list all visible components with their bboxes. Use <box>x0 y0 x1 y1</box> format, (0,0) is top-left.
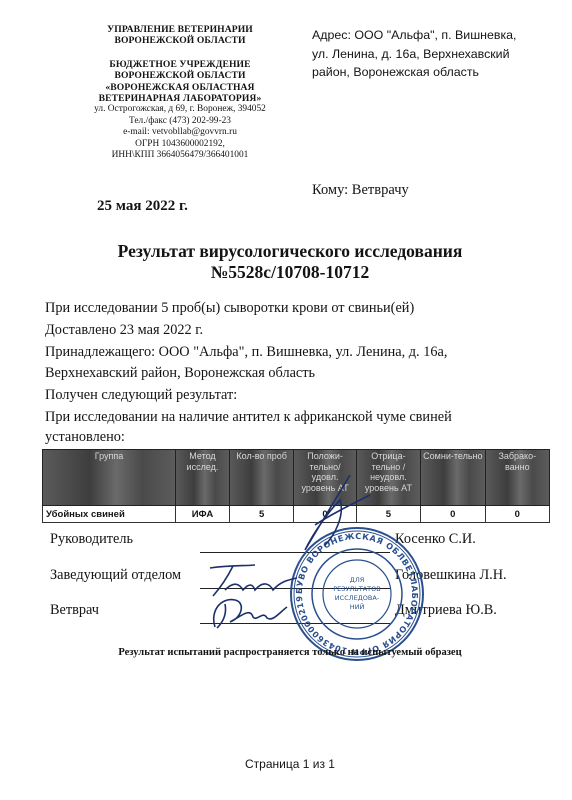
svg-text:ДЛЯ: ДЛЯ <box>350 576 364 584</box>
disclaimer-text: Результат испытаний распространяется тол… <box>40 647 540 658</box>
address-line1: Адрес: ООО "Альфа", п. Вишневка, <box>312 26 567 45</box>
finding-text: При исследовании на наличие антител к аф… <box>45 407 555 447</box>
cell-method: ИФА <box>175 506 229 523</box>
cell-negative: 5 <box>356 506 420 523</box>
stamp-seal-icon: БУВО ВОРОНЕЖСКАЯ ОБЛВЕТЛАБОРАТОРИЯ ОГРН … <box>287 524 427 664</box>
recipient-to: Кому: Ветврачу <box>312 182 409 199</box>
svg-text:ИССЛЕДОВА-: ИССЛЕДОВА- <box>335 594 380 602</box>
cell-doubtful: 0 <box>421 506 485 523</box>
header-negative: Отрица-тельно / неудовл. уровень АТ <box>356 450 420 506</box>
result-intro: Получен следующий результат: <box>45 385 555 405</box>
address-line3: район, Воронежская область <box>312 63 567 82</box>
header-method: Метод исслед. <box>175 450 229 506</box>
cell-sample-count: 5 <box>229 506 293 523</box>
institution-name-line4: ВЕТЕРИНАРНАЯ ЛАБОРАТОРИЯ» <box>62 93 298 104</box>
header-group: Группа <box>43 450 176 506</box>
institution-phone: Тел./факс (473) 202-99-23 <box>62 116 298 127</box>
finding-line1: При исследовании на наличие антител к аф… <box>45 407 555 427</box>
document-title: Результат вирусологического исследования… <box>40 241 540 283</box>
header-rejected: Забрако-ванно <box>485 450 549 506</box>
results-table: Группа Метод исслед. Кол-во проб Положи-… <box>42 449 550 523</box>
document-body: При исследовании 5 проб(ы) сыворотки кро… <box>45 298 555 447</box>
table-row: Убойных свиней ИФА 5 0 5 0 0 <box>43 506 550 523</box>
owner-line1: Принадлежащего: ООО "Альфа", п. Вишневка… <box>45 342 555 362</box>
header-positive: Положи-тельно/ удовл. уровень АТ <box>294 450 356 506</box>
cell-rejected: 0 <box>485 506 549 523</box>
institution-inn-kpp: ИНН\КПП 3664056479/366401001 <box>62 150 298 161</box>
cell-group: Убойных свиней <box>43 506 176 523</box>
svg-text:НИЙ: НИЙ <box>350 602 365 611</box>
letterhead: УПРАВЛЕНИЕ ВЕТЕРИНАРИИ ВОРОНЕЖСКОЙ ОБЛАС… <box>62 24 298 161</box>
institution-name-line2: ВОРОНЕЖСКОЙ ОБЛАСТИ <box>62 70 298 81</box>
institution-ogrn: ОГРН 1043600002192, <box>62 139 298 150</box>
header-sample-count: Кол-во проб <box>229 450 293 506</box>
delivered-text: Доставлено 23 мая 2022 г. <box>45 320 555 340</box>
signature-role-vet: Ветврач <box>50 602 99 619</box>
signature-role-head: Руководитель <box>50 531 133 548</box>
title-number: №5528с/10708-10712 <box>40 262 540 283</box>
finding-line2: установлено: <box>45 427 555 447</box>
document-date: 25 мая 2022 г. <box>97 198 188 215</box>
signature-role-dept: Заведующий отделом <box>50 567 181 584</box>
address-line2: ул. Ленина, д. 16а, Верхнехавский <box>312 45 567 64</box>
institution-email: e-mail: vetvobllab@govvrn.ru <box>62 127 298 138</box>
institution-street: ул. Острогожская, д 69, г. Воронеж, 3940… <box>62 104 298 115</box>
authority-name-line2: ВОРОНЕЖСКОЙ ОБЛАСТИ <box>62 35 298 46</box>
page-number: Страница 1 из 1 <box>180 757 400 771</box>
cell-positive: 0 <box>294 506 356 523</box>
owner-text: Принадлежащего: ООО "Альфа", п. Вишневка… <box>45 342 555 382</box>
header-doubtful: Сомни-тельно <box>421 450 485 506</box>
authority-name-line1: УПРАВЛЕНИЕ ВЕТЕРИНАРИИ <box>62 24 298 35</box>
table-header-row: Группа Метод исслед. Кол-во проб Положи-… <box>43 450 550 506</box>
svg-text:РЕЗУЛЬТАТОВ: РЕЗУЛЬТАТОВ <box>333 585 380 593</box>
owner-line2: Верхнехавский район, Воронежская область <box>45 363 555 383</box>
title-line1: Результат вирусологического исследования <box>40 241 540 262</box>
institution-name-line1: БЮДЖЕТНОЕ УЧРЕЖДЕНИЕ <box>62 59 298 70</box>
official-stamp: БУВО ВОРОНЕЖСКАЯ ОБЛВЕТЛАБОРАТОРИЯ ОГРН … <box>287 524 427 664</box>
institution-name-line3: «ВОРОНЕЖСКАЯ ОБЛАСТНАЯ <box>62 82 298 93</box>
recipient-address: Адрес: ООО "Альфа", п. Вишневка, ул. Лен… <box>312 26 567 82</box>
samples-text: При исследовании 5 проб(ы) сыворотки кро… <box>45 298 555 318</box>
